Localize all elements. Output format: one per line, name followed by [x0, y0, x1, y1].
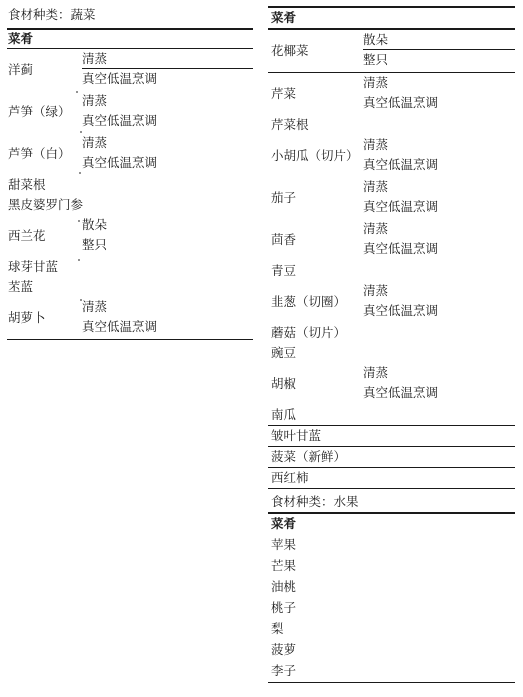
dish-name: 青豆	[268, 261, 361, 281]
artifact-dot	[79, 172, 81, 174]
cooking-methods-cell: 清蒸真空低温烹调	[80, 297, 253, 337]
dish-row: 青豆	[268, 261, 515, 281]
cooking-method: 真空低温烹调	[363, 93, 515, 113]
dish-name: 芦笋（白）	[7, 133, 80, 173]
dish-row: 小胡瓜（切片）清蒸真空低温烹调	[268, 135, 515, 177]
dish-row: 菠菜（新鲜）	[268, 447, 515, 468]
cooking-methods-cell	[80, 175, 253, 195]
dish-name: 芒果	[268, 556, 361, 577]
cooking-methods-cell	[361, 343, 515, 363]
dish-name: 胡椒	[268, 363, 361, 403]
cooking-method: 清蒸	[82, 297, 253, 317]
cooking-methods-cell: 散朵整只	[80, 215, 253, 255]
dish-name: 菠菜（新鲜）	[268, 447, 361, 467]
cooking-method: 散朵	[82, 215, 253, 235]
dish-name: 韭葱（切圈）	[268, 281, 361, 321]
cooking-methods-cell: 清蒸真空低温烹调	[361, 177, 515, 217]
dish-name: 茄子	[268, 177, 361, 217]
cooking-method: 清蒸	[82, 133, 253, 153]
dish-name: 苤蓝	[7, 277, 80, 297]
cooking-methods-cell	[361, 577, 515, 598]
dish-name: 茴香	[268, 219, 361, 259]
dish-row: 桃子	[268, 598, 515, 619]
section-label-vegetables: 食材种类：蔬菜	[7, 0, 253, 30]
cooking-methods-cell: 清蒸真空低温烹调	[80, 49, 253, 89]
vegetable-rows-left: 洋蓟清蒸真空低温烹调芦笋（绿）清蒸真空低温烹调芦笋（白）清蒸真空低温烹调甜菜根黑…	[7, 49, 253, 340]
manual-page: { "page": { "background": "#ffffff", "te…	[0, 0, 523, 697]
dish-name: 桃子	[268, 598, 361, 619]
dish-row: 西红柿	[268, 468, 515, 489]
cooking-methods-cell	[361, 405, 515, 425]
dish-row: 油桃	[268, 577, 515, 598]
cooking-method: 清蒸	[363, 177, 515, 197]
dish-row: 花椰菜散朵整只	[268, 30, 515, 73]
cooking-methods-cell: 清蒸真空低温烹调	[361, 73, 515, 113]
cooking-methods-cell	[361, 468, 515, 488]
dish-row: 胡椒清蒸真空低温烹调	[268, 363, 515, 405]
vegetable-fruit-right-column: 菜肴 花椰菜散朵整只芹菜清蒸真空低温烹调芹菜根小胡瓜（切片）清蒸真空低温烹调茄子…	[268, 6, 515, 683]
cooking-methods-cell: 清蒸真空低温烹调	[361, 219, 515, 259]
dish-row: 球芽甘蓝	[7, 257, 253, 277]
dish-row: 胡萝卜清蒸真空低温烹调	[7, 297, 253, 339]
dish-name: 黑皮婆罗门参	[7, 195, 80, 215]
dish-row: 梨	[268, 619, 515, 640]
cooking-methods-cell	[361, 535, 515, 556]
dish-row: 茄子清蒸真空低温烹调	[268, 177, 515, 219]
dish-name: 西红柿	[268, 468, 361, 488]
dish-row: 芹菜清蒸真空低温烹调	[268, 73, 515, 115]
dish-name: 洋蓟	[7, 49, 80, 89]
dish-row: 芒果	[268, 556, 515, 577]
cooking-method: 真空低温烹调	[363, 301, 515, 321]
cooking-methods-cell	[361, 556, 515, 577]
dish-row: 西兰花散朵整只	[7, 215, 253, 257]
dish-name: 芹菜	[268, 73, 361, 113]
artifact-dot	[78, 220, 80, 222]
dish-row: 苹果	[268, 535, 515, 556]
dish-row: 李子	[268, 661, 515, 682]
cooking-methods-cell: 清蒸真空低温烹调	[80, 91, 253, 131]
cooking-methods-cell: 散朵整只	[361, 30, 515, 70]
table-header-dishes: 菜肴	[7, 30, 253, 49]
cooking-method: 散朵	[363, 30, 515, 50]
cooking-method: 清蒸	[82, 91, 253, 111]
dish-name: 蘑菇（切片）	[268, 323, 361, 343]
cooking-method: 真空低温烹调	[363, 155, 515, 175]
cooking-methods-cell	[361, 261, 515, 281]
dish-name: 花椰菜	[268, 30, 361, 70]
artifact-dot	[80, 131, 82, 133]
section-label-fruits: 食材种类：水果	[268, 489, 515, 512]
artifact-dot	[78, 259, 80, 261]
cooking-method: 整只	[82, 235, 253, 255]
cooking-method: 清蒸	[82, 49, 253, 69]
dish-row: 蘑菇（切片）	[268, 323, 515, 343]
artifact-dot	[80, 299, 82, 301]
cooking-methods-cell	[361, 447, 515, 467]
vegetable-table-left-column: 食材种类：蔬菜 菜肴 洋蓟清蒸真空低温烹调芦笋（绿）清蒸真空低温烹调芦笋（白）清…	[7, 0, 253, 340]
dish-name: 南瓜	[268, 405, 361, 425]
cooking-methods-cell: 清蒸真空低温烹调	[80, 133, 253, 173]
cooking-method: 真空低温烹调	[363, 239, 515, 259]
dish-name: 油桃	[268, 577, 361, 598]
cooking-methods-cell: 清蒸真空低温烹调	[361, 135, 515, 175]
cooking-methods-cell: 清蒸真空低温烹调	[361, 281, 515, 321]
cooking-method: 真空低温烹调	[363, 383, 515, 403]
dish-row: 菠萝	[268, 640, 515, 661]
dish-name: 芦笋（绿）	[7, 91, 80, 131]
dish-row: 苤蓝	[7, 277, 253, 297]
cooking-methods-cell	[80, 257, 253, 277]
table-header-dishes: 菜肴	[268, 514, 515, 535]
dish-row: 芦笋（绿）清蒸真空低温烹调	[7, 91, 253, 133]
dish-name: 梨	[268, 619, 361, 640]
dish-row: 芦笋（白）清蒸真空低温烹调	[7, 133, 253, 175]
dish-name: 小胡瓜（切片）	[268, 135, 361, 175]
vegetable-rows-right: 花椰菜散朵整只芹菜清蒸真空低温烹调芹菜根小胡瓜（切片）清蒸真空低温烹调茄子清蒸真…	[268, 30, 515, 489]
dish-name: 菠萝	[268, 640, 361, 661]
dish-row: 芹菜根	[268, 115, 515, 135]
cooking-methods-cell	[361, 323, 515, 343]
dish-name: 西兰花	[7, 215, 80, 255]
dish-row: 皱叶甘蓝	[268, 426, 515, 447]
artifact-dot	[76, 91, 78, 93]
dish-row: 豌豆	[268, 343, 515, 363]
cooking-method: 清蒸	[363, 363, 515, 383]
cooking-method: 真空低温烹调	[82, 69, 253, 89]
cooking-methods-cell: 清蒸真空低温烹调	[361, 363, 515, 403]
cooking-method: 清蒸	[363, 219, 515, 239]
cooking-methods-cell	[361, 426, 515, 446]
cooking-methods-cell	[80, 277, 253, 297]
cooking-method: 真空低温烹调	[363, 197, 515, 217]
cooking-method: 清蒸	[363, 73, 515, 93]
cooking-method: 清蒸	[363, 281, 515, 301]
table-header-dishes: 菜肴	[268, 8, 515, 29]
cooking-method: 整只	[363, 50, 515, 70]
dish-row: 黑皮婆罗门参	[7, 195, 253, 215]
cooking-methods-cell	[361, 619, 515, 640]
cooking-methods-cell	[80, 195, 253, 215]
dish-row: 甜菜根	[7, 175, 253, 195]
dish-name: 甜菜根	[7, 175, 80, 195]
dish-row: 南瓜	[268, 405, 515, 426]
cooking-methods-cell	[361, 640, 515, 661]
dish-name: 胡萝卜	[7, 297, 80, 337]
cooking-methods-cell	[361, 661, 515, 682]
cooking-method: 真空低温烹调	[82, 317, 253, 337]
cooking-methods-cell	[361, 115, 515, 135]
fruit-rows: 苹果芒果油桃桃子梨菠萝李子	[268, 535, 515, 683]
dish-name: 苹果	[268, 535, 361, 556]
cooking-method: 真空低温烹调	[82, 111, 253, 131]
dish-name: 球芽甘蓝	[7, 257, 80, 277]
dish-name: 豌豆	[268, 343, 361, 363]
dish-row: 洋蓟清蒸真空低温烹调	[7, 49, 253, 91]
dish-name: 皱叶甘蓝	[268, 426, 361, 446]
cooking-methods-cell	[361, 598, 515, 619]
cooking-method: 真空低温烹调	[82, 153, 253, 173]
dish-name: 李子	[268, 661, 361, 682]
dish-row: 韭葱（切圈）清蒸真空低温烹调	[268, 281, 515, 323]
dish-name: 芹菜根	[268, 115, 361, 135]
cooking-method: 清蒸	[363, 135, 515, 155]
dish-row: 茴香清蒸真空低温烹调	[268, 219, 515, 261]
